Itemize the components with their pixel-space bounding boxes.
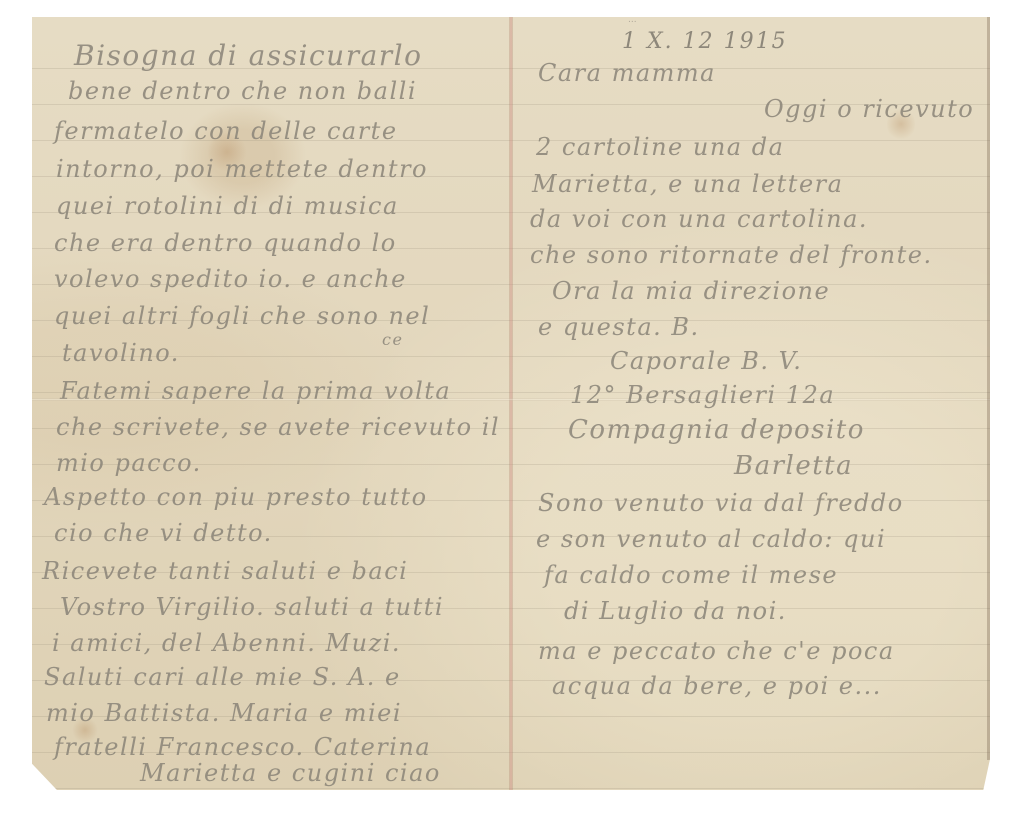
center-fold	[509, 17, 513, 790]
handwritten-line: quei altri fogli che sono nel	[54, 302, 430, 330]
handwritten-line: Caporale B. V.	[610, 347, 802, 375]
salutation: Cara mamma	[538, 59, 716, 87]
handwritten-line: quei rotolini di di musica	[56, 192, 399, 220]
handwritten-line: i amici, del Abenni. Muzi.	[52, 629, 401, 657]
handwritten-line: Sono venuto via dal freddo	[538, 489, 904, 517]
inserted-correction: ce	[382, 330, 403, 349]
handwritten-line: mio Battista. Maria e miei	[46, 699, 402, 727]
handwritten-line: Vostro Virgilio. saluti a tutti	[60, 593, 444, 621]
handwritten-line: Marietta e cugini ciao	[140, 759, 441, 787]
faint-stamp: ...	[628, 15, 637, 25]
handwritten-line: fa caldo come il mese	[544, 561, 838, 589]
handwritten-line: Ora la mia direzione	[552, 277, 830, 305]
handwritten-line: 12° Bersaglieri 12a	[570, 381, 835, 409]
handwritten-line: Saluti cari alle mie S. A. e	[44, 663, 401, 691]
handwritten-line: che scrivete, se avete ricevuto il	[56, 413, 500, 441]
handwritten-line: 2 cartoline una da	[536, 133, 784, 161]
handwritten-line: volevo spedito io. e anche	[54, 265, 407, 293]
handwritten-line: fratelli Francesco. Caterina	[54, 733, 431, 761]
handwritten-line: acqua da bere, e poi e...	[552, 672, 882, 700]
handwritten-line: cio che vi detto.	[54, 519, 273, 547]
handwritten-line: fermatelo con delle carte	[54, 117, 398, 145]
handwritten-line: Ricevete tanti saluti e baci	[42, 557, 408, 585]
handwritten-line: Compagnia deposito	[568, 415, 865, 445]
left-page: Bisogna di assicurarlo bene dentro che n…	[32, 17, 508, 790]
handwritten-line: e questa. B.	[538, 313, 700, 341]
handwritten-line: che era dentro quando lo	[54, 229, 397, 257]
right-page: ... 1 X. 12 1915 Cara mamma Oggi o ricev…	[514, 17, 990, 790]
handwritten-line: Aspetto con piu presto tutto	[44, 483, 428, 511]
handwritten-line: bene dentro che non balli	[68, 77, 417, 105]
handwritten-line: Marietta, e una lettera	[532, 170, 843, 198]
handwritten-line: da voi con una cartolina.	[530, 205, 868, 233]
handwritten-line: che sono ritornate del fronte.	[530, 241, 933, 269]
handwritten-line: tavolino.	[62, 339, 180, 367]
handwritten-line: intorno, poi mettete dentro	[56, 155, 428, 183]
letter-sheet: Bisogna di assicurarlo bene dentro che n…	[32, 17, 990, 790]
handwritten-line: Bisogna di assicurarlo	[74, 39, 422, 72]
handwritten-line: Oggi o ricevuto	[764, 95, 974, 123]
handwritten-line: di Luglio da noi.	[564, 597, 787, 625]
handwritten-line: e son venuto al caldo: qui	[536, 525, 886, 553]
handwritten-line: ma e peccato che c'e poca	[538, 637, 895, 665]
handwritten-line: mio pacco.	[56, 449, 202, 477]
letter-date: 1 X. 12 1915	[622, 29, 788, 54]
handwritten-line: Barletta	[734, 451, 853, 481]
